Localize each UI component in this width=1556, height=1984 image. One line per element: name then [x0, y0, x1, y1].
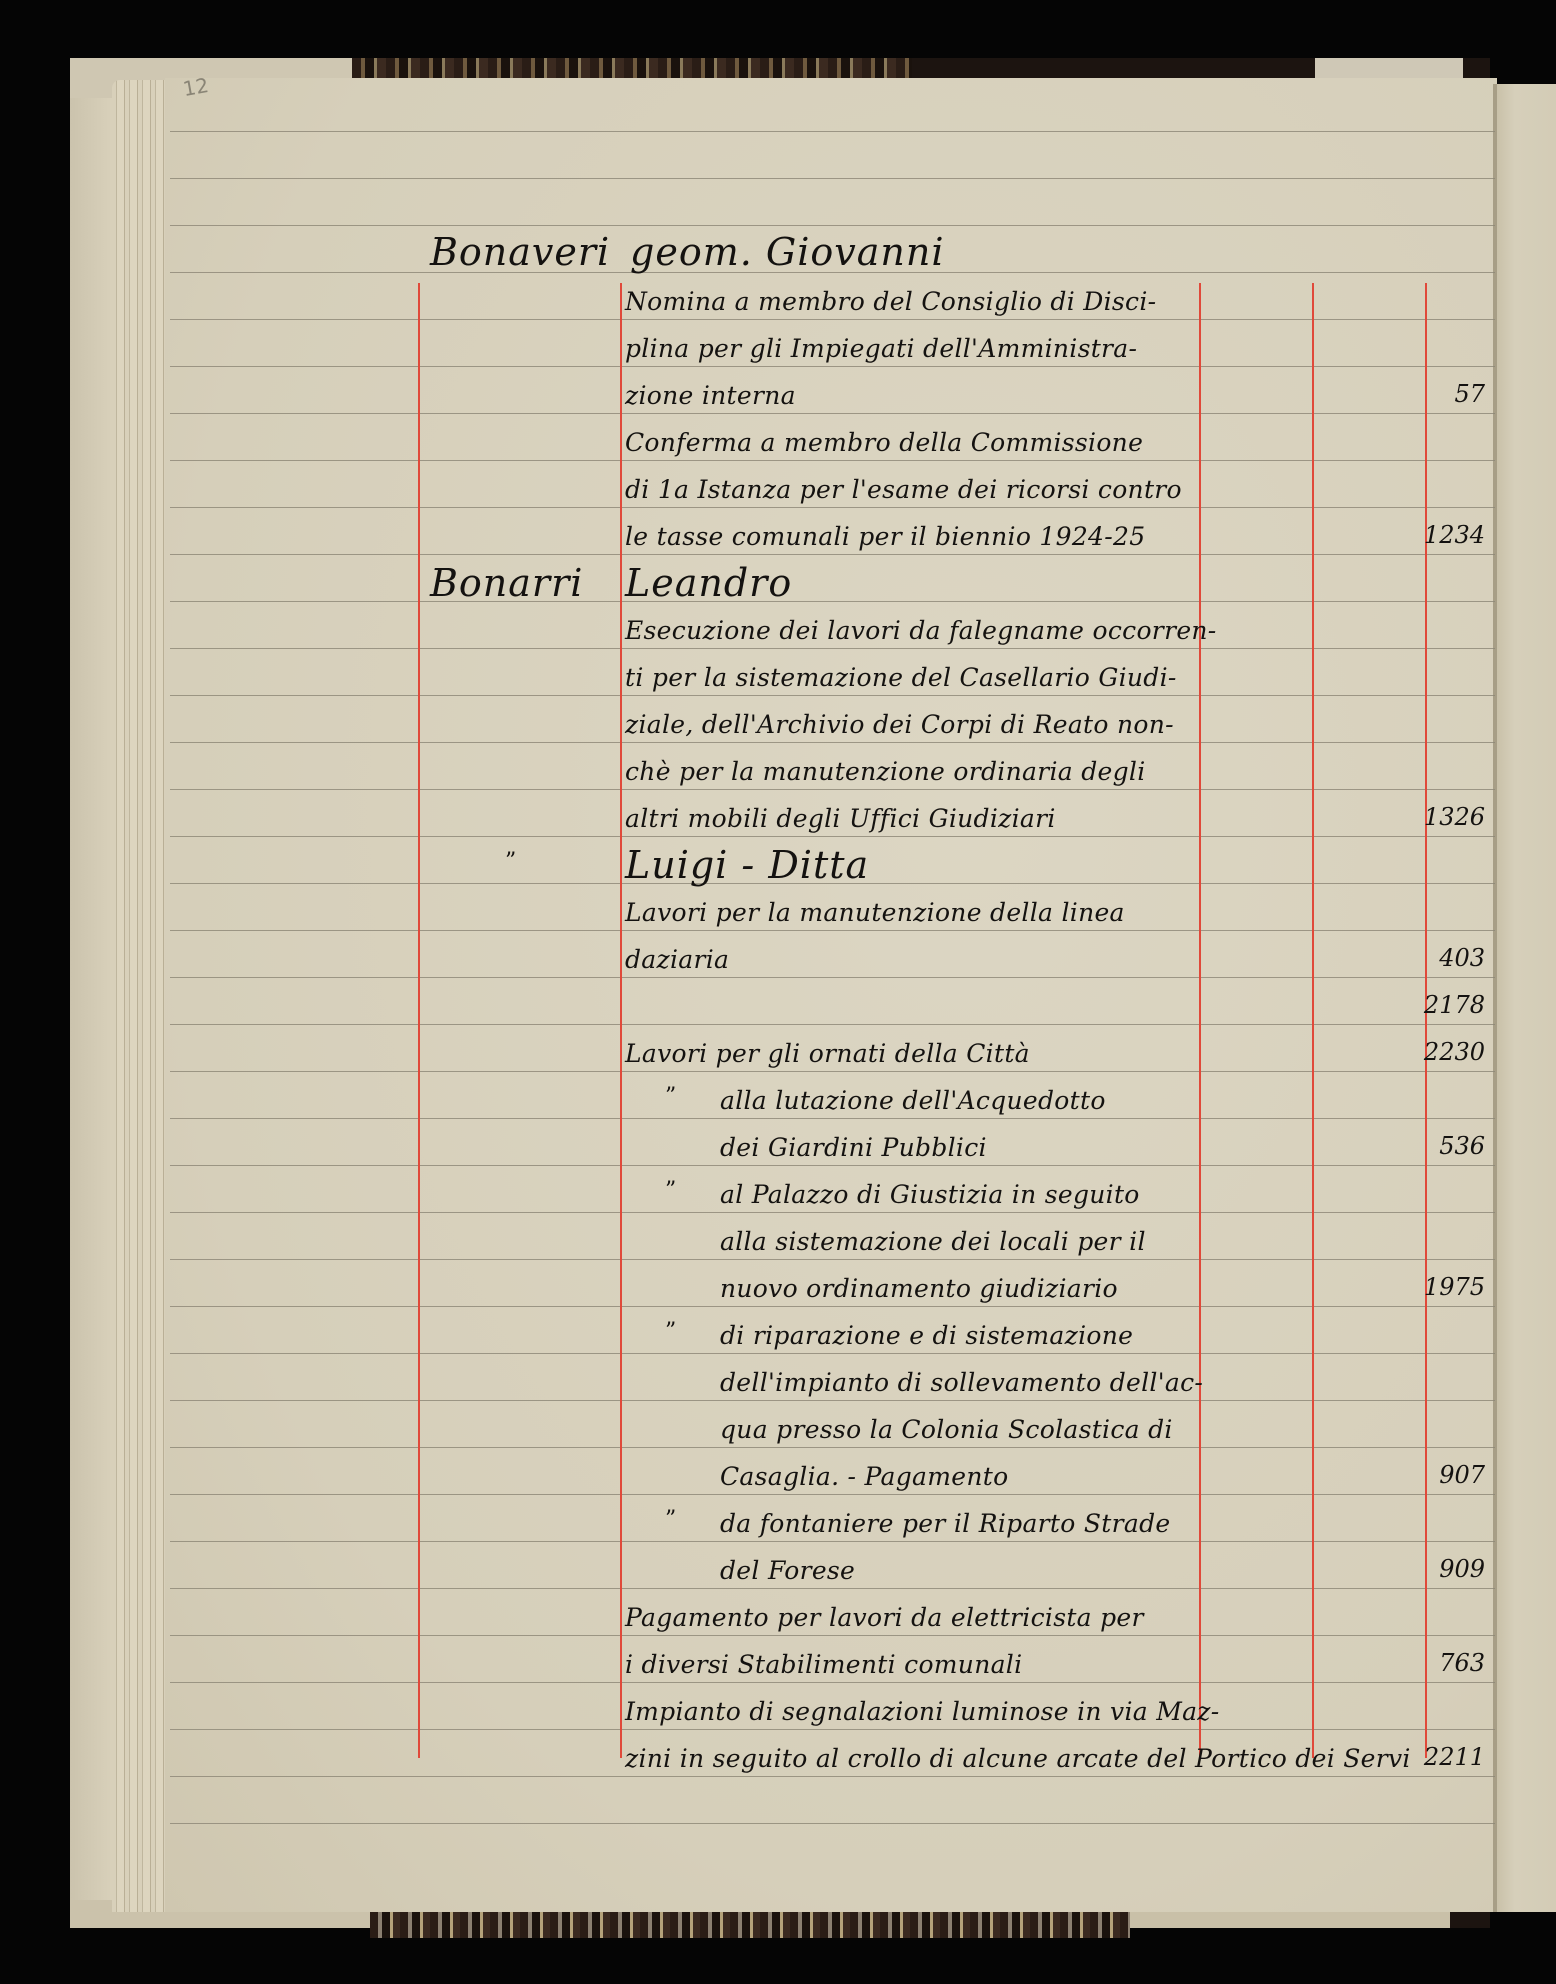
entry-reference-number: 2230 [1405, 1037, 1485, 1067]
entry-text: da fontaniere per il Riparto Strade [720, 1509, 1170, 1539]
marbled-edge-bottom [370, 1912, 1130, 1938]
entry-text: Lavori per la manutenzione della linea [625, 898, 1125, 928]
ruled-line [170, 1494, 1495, 1495]
entry-text: zione interna [625, 381, 796, 411]
ruled-line [170, 1212, 1495, 1213]
ruled-line [170, 1306, 1495, 1307]
ruled-line [170, 413, 1495, 414]
ruled-line [170, 225, 1495, 226]
header-surname: Bonaveri [430, 230, 610, 274]
binding-edge [70, 98, 115, 1900]
ruled-line [170, 1447, 1495, 1448]
entry-text: Conferma a membro della Commissione [625, 428, 1143, 458]
ruled-line [170, 1541, 1495, 1542]
entry-text: dell'impianto di sollevamento dell'ac- [720, 1368, 1203, 1398]
ruled-line [170, 1024, 1495, 1025]
ruled-line [170, 1635, 1495, 1636]
entry-text: dei Giardini Pubblici [720, 1133, 987, 1163]
red-column-line-2 [620, 283, 622, 1758]
entry-text: alla lutazione dell'Acquedotto [720, 1086, 1106, 1116]
entry-text: di 1a Istanza per l'esame dei ricorsi co… [625, 475, 1182, 505]
entry-text: al Palazzo di Giustizia in seguito [720, 1180, 1140, 1210]
ruled-line [170, 319, 1495, 320]
entry-reference-number: 403 [1405, 943, 1485, 973]
entry-text: Impianto di segnalazioni luminose in via… [625, 1697, 1220, 1727]
facing-page-edge [1497, 84, 1556, 1912]
entry-text: chè per la manutenzione ordinaria degli [625, 757, 1146, 787]
entry-reference-number: 2211 [1405, 1742, 1485, 1772]
entry-reference-number: 907 [1405, 1460, 1485, 1490]
ruled-line [170, 789, 1495, 790]
page-stack-edges [112, 80, 167, 1912]
entry-text: le tasse comunali per il biennio 1924-25 [625, 522, 1145, 552]
ruled-line [170, 601, 1495, 602]
red-column-line-4 [1312, 283, 1314, 1758]
ruled-line [170, 460, 1495, 461]
red-column-line-1 [418, 283, 420, 1758]
ditto-mark: ” [665, 1084, 676, 1109]
entry-text: daziaria [625, 945, 729, 975]
ditto-mark: ” [665, 1507, 676, 1532]
red-column-line-5 [1425, 283, 1427, 1758]
ruled-line [170, 977, 1495, 978]
entry-text: Luigi - Ditta [625, 843, 869, 887]
ruled-line [170, 836, 1495, 837]
ruled-line [170, 178, 1495, 179]
entry-text: del Forese [720, 1556, 855, 1586]
entry-reference-number: 57 [1405, 379, 1485, 409]
red-column-line-3 [1199, 283, 1201, 1758]
entry-reference-number: 1975 [1405, 1272, 1485, 1302]
ruled-line [170, 1729, 1495, 1730]
ruled-line [170, 1118, 1495, 1119]
ruled-line [170, 742, 1495, 743]
entry-text: Nomina a membro del Consiglio di Disci- [625, 287, 1156, 317]
entry-text: alla sistemazione dei locali per il [720, 1227, 1146, 1257]
entry-text: altri mobili degli Uffici Giudiziari [625, 804, 1056, 834]
entry-text: nuovo ordinamento giudiziario [720, 1274, 1118, 1304]
page-fold [1493, 84, 1497, 1912]
entry-text: i diversi Stabilimenti comunali [625, 1650, 1022, 1680]
entry-text: di riparazione e di sistemazione [720, 1321, 1133, 1351]
ruled-line [170, 695, 1495, 696]
entry-text: zini in seguito al crollo di alcune arca… [625, 1744, 1411, 1774]
ruled-line [170, 1071, 1495, 1072]
ruled-line [170, 648, 1495, 649]
entry-text: ziale, dell'Archivio dei Corpi di Reato … [625, 710, 1174, 740]
entry-name: Bonarri [430, 561, 583, 605]
entry-name: ” [505, 849, 516, 874]
entry-text: Leandro [625, 561, 792, 605]
ditto-mark: ” [665, 1319, 676, 1344]
ditto-mark: ” [665, 1178, 676, 1203]
entry-text: plina per gli Impiegati dell'Amministra- [625, 334, 1137, 364]
ruled-line [170, 1776, 1495, 1777]
entry-text: Pagamento per lavori da elettricista per [625, 1603, 1144, 1633]
ruled-line [170, 930, 1495, 931]
header-given-name: geom. Giovanni [630, 230, 945, 274]
ruled-line [170, 1823, 1495, 1824]
ruled-line [170, 1353, 1495, 1354]
ruled-line [170, 1259, 1495, 1260]
entry-text: Esecuzione dei lavori da falegname occor… [625, 616, 1217, 646]
ruled-line [170, 1588, 1495, 1589]
ruled-line [170, 1165, 1495, 1166]
entry-reference-number: 536 [1405, 1131, 1485, 1161]
ruled-line [170, 1400, 1495, 1401]
ruled-line [170, 507, 1495, 508]
cover-tab-bottom-right [1130, 1912, 1450, 1928]
entry-reference-number: 2178 [1405, 990, 1485, 1020]
entry-reference-number: 763 [1405, 1648, 1485, 1678]
entry-text: Casaglia. - Pagamento [720, 1462, 1008, 1492]
entry-text: ti per la sistemazione del Casellario Gi… [625, 663, 1177, 693]
entry-reference-number: 909 [1405, 1554, 1485, 1584]
entry-text: Lavori per gli ornati della Città [625, 1039, 1030, 1069]
entry-reference-number: 1326 [1405, 802, 1485, 832]
entry-reference-number: 1234 [1405, 520, 1485, 550]
pencil-page-number: 12 [181, 73, 210, 101]
ruled-line [170, 131, 1495, 132]
ruled-line [170, 554, 1495, 555]
ruled-line [170, 1682, 1495, 1683]
ruled-line [170, 366, 1495, 367]
entry-text: qua presso la Colonia Scolastica di [720, 1415, 1173, 1445]
